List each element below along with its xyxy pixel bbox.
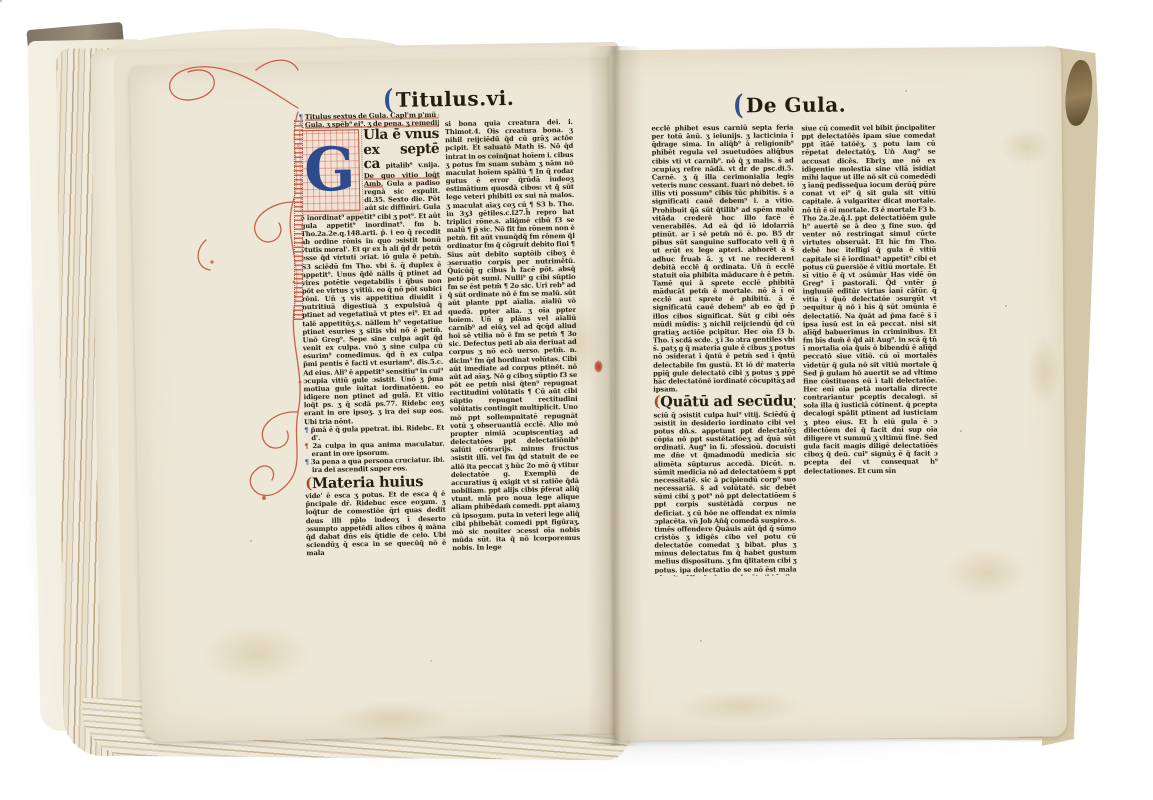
- body-text: ecclē phibet esus carniū septa feria per…: [651, 124, 795, 394]
- red-paint-spot: [594, 360, 603, 373]
- book-photograph: (Titulus.vi. ¶ Titulus sextus de Gula. C…: [0, 0, 1153, 800]
- body-text: si bona quia creatura dei. i. Thimot.4. …: [445, 118, 581, 552]
- stain: [332, 700, 453, 736]
- pilcrow-mark: ¶: [304, 426, 308, 434]
- running-head-left: (Titulus.vi.: [383, 85, 515, 113]
- penwork-lattice-bar: [294, 120, 303, 320]
- pilcrow-mark: ¶: [305, 458, 309, 466]
- stain: [943, 547, 1029, 600]
- right-column-2: siue cū comedit vel bibit p̄ncipaliter p…: [801, 124, 938, 577]
- stain: [200, 623, 311, 685]
- body-text: siue cū comedit vel bibit p̄ncipaliter p…: [801, 124, 937, 476]
- opening-paragraph: G Ula ē vnus ex septē ca pitalib⁹ v.nija…: [299, 127, 444, 426]
- foxing-specks: [0, 0, 2, 2]
- section-heading: (Materia huius: [305, 473, 445, 491]
- stain: [1000, 127, 1052, 167]
- body-text: vide' ē esca ʒ potus. Et de esca q̄ ē p̄…: [305, 490, 446, 558]
- body-text: Gula a padiso regnā sic expulit. di.35. …: [300, 179, 444, 426]
- running-head-left-text: Titulus.vi.: [396, 86, 515, 112]
- right-column-1: ecclē phibet esus carniū septa feria per…: [651, 124, 796, 577]
- stain: [1027, 336, 1062, 406]
- stain: [675, 689, 805, 724]
- running-head-right-text: De Gula.: [746, 93, 846, 118]
- section-heading: (Quātū ad secūduʒ: [653, 394, 795, 410]
- body-text: pitalib⁹ v.nija.: [386, 161, 440, 170]
- running-head-right: (De Gula.: [733, 92, 846, 119]
- initial-letter-G: G: [304, 166, 355, 175]
- section-heading-text: Quātū ad secūduʒ: [660, 393, 796, 411]
- illuminated-initial: G: [299, 130, 360, 213]
- body-text: sciū q̄ ɔsistit culpa hui⁹ vitij. Sciēdū…: [653, 410, 796, 576]
- list-item-text: 3a pena a qua persona cruciatur. ibi. ir…: [311, 456, 445, 474]
- pilcrow-mark: (: [733, 89, 744, 122]
- left-column-2: si bona quia creatura dei. i. Thimot.4. …: [445, 118, 582, 612]
- section-heading-text: Materia huius: [312, 473, 424, 492]
- left-column-1: ¶ Titulus sextus de Gula. Capl'm p'mū de…: [299, 111, 448, 609]
- pilcrow-mark: ¶: [304, 442, 308, 450]
- list-item: ¶ 3a pena a qua persona cruciatur. ibi. …: [305, 456, 445, 475]
